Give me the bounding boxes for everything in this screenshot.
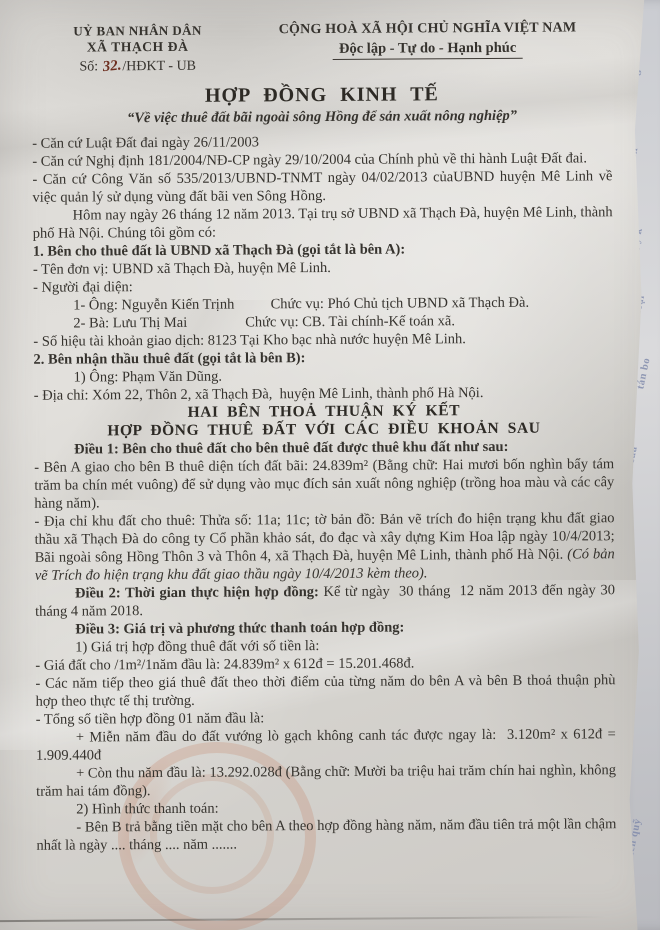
national-title: CỘNG HOÀ XÃ HỘI CHỦ NGHĨA VIỆT NAM <box>243 20 611 38</box>
paragraph: - Bên B trả bằng tiền mặt cho bên A theo… <box>36 815 616 855</box>
text-run: 2. Bên nhận thầu thuê đất (gọi tắt là bê… <box>33 350 305 368</box>
text-run: Điều 2: Thời gian thực hiện hợp đồng: <box>75 584 324 602</box>
text-run: Điều 3: Giá trị và phương thức thanh toá… <box>75 620 404 638</box>
paragraph: Điều 2: Thời gian thực hiện hợp đồng: Kể… <box>35 581 615 621</box>
text-run: - Căn cứ Công Văn số 535/2013/UBND-TNMT … <box>32 168 612 206</box>
photo-background: Hội Chủ ngNguyễn VănĐơn vị ý kkhác loạit… <box>0 0 660 930</box>
text-run: + Còn thu năm đầu là: 13.292.028đ (Bằng … <box>36 762 616 800</box>
text-run: 1- Ông: Nguyễn Kiến Trịnh Chức vụ: Phó C… <box>73 295 529 314</box>
text-run: - Bên B trả bằng tiền mặt cho bên A theo… <box>36 816 616 854</box>
text-run: + Miễn năm đầu do đất vướng lò gạch khôn… <box>36 726 616 764</box>
text-run: - Tổng số tiền hợp đồng 01 năm đầu là: <box>36 710 265 727</box>
text-run: HAI BÊN THOẢ THUẬN KÝ KẾT <box>187 402 460 421</box>
doc-number-handwritten: 32. <box>101 57 123 76</box>
text-run: 1. Bên cho thuê đất là UBND xã Thạch Đà … <box>33 242 405 260</box>
text-run: - Căn cứ Nghị định 181/2004/NĐ-CP ngày 2… <box>32 150 587 169</box>
national-motto-block: CỘNG HOÀ XÃ HỘI CHỦ NGHĨA VIỆT NAM Độc l… <box>243 20 611 60</box>
text-run: 2- Bà: Lưu Thị Mai Chức vụ: CB. Tài chín… <box>73 313 455 331</box>
paragraph: - Địa chỉ khu đất cho thuê: Thửa số: 11a… <box>34 509 614 585</box>
paragraph: HỢP ĐỒNG THUÊ ĐẤT VỚI CÁC ĐIỀU KHOẢN SAU <box>34 419 614 441</box>
paragraph: Hôm nay ngày 26 tháng 12 năm 2013. Tại t… <box>33 203 613 243</box>
document-body: - Căn cứ Luật Đất đai ngày 26/11/2003- C… <box>32 131 616 855</box>
document-title: HỢP ĐỒNG KINH TẾ <box>32 82 612 109</box>
document-number: Số: 32./HĐKT - UB <box>32 57 244 75</box>
paragraph: - Bên A giao cho bên B thuê diện tích đấ… <box>34 455 614 513</box>
text-run: - Tên đơn vị: UBND xã Thạch Đà, huyện Mê… <box>33 260 331 278</box>
text-run: - Căn cứ Luật Đất đai ngày 26/11/2003 <box>32 134 259 151</box>
commune-name: XÃ THẠCH ĐÀ <box>32 38 244 55</box>
text-run: Điều 1: Bên cho thuê đất cho bên thuê đấ… <box>74 439 508 458</box>
text-run: 2) Hình thức thanh toán: <box>76 801 218 818</box>
doc-number-label: Số: <box>79 59 98 74</box>
text-run: - Bên A giao cho bên B thuê diện tích đấ… <box>34 456 614 512</box>
paragraph: + Còn thu năm đầu là: 13.292.028đ (Bằng … <box>36 761 616 801</box>
text-run: - Số hiệu tài khoản giao dịch: 8123 Tại … <box>33 331 466 350</box>
paper-fold-crease <box>0 916 607 922</box>
paragraph: 1- Ông: Nguyễn Kiến Trịnh Chức vụ: Phó C… <box>33 293 613 315</box>
issuing-authority-block: UỶ BAN NHÂN DÂN XÃ THẠCH ĐÀ Số: 32./HĐKT… <box>31 22 243 75</box>
text-run: HỢP ĐỒNG THUÊ ĐẤT VỚI CÁC ĐIỀU KHOẢN SAU <box>107 420 540 440</box>
text-run: - Người đại diện: <box>33 279 133 296</box>
national-motto: Độc lập - Tự do - Hạnh phúc <box>333 40 522 60</box>
text-run: 1) Giá trị hợp đồng thuê đất với số tiền… <box>75 638 319 655</box>
text-run: - Giá đất cho /1m²/1năm đầu là: 24.839m²… <box>35 655 414 673</box>
authority-name: UỶ BAN NHÂN DÂN <box>31 22 243 39</box>
text-run: Hôm nay ngày 26 tháng 12 năm 2013. Tại t… <box>33 204 613 242</box>
document-header: UỶ BAN NHÂN DÂN XÃ THẠCH ĐÀ Số: 32./HĐKT… <box>31 20 611 76</box>
document-page: UỶ BAN NHÂN DÂN XÃ THẠCH ĐÀ Số: 32./HĐKT… <box>0 0 660 930</box>
paragraph: - Căn cứ Công Văn số 535/2013/UBND-TNMT … <box>32 167 612 207</box>
doc-number-suffix: /HĐKT - UB <box>122 59 196 74</box>
document-subtitle: “Về việc thuê đất bãi ngoài sông Hồng để… <box>32 107 612 128</box>
text-run: - Các năm tiếp theo giá thuê đất theo th… <box>35 672 615 710</box>
paragraph: + Miễn năm đầu do đất vướng lò gạch khôn… <box>36 725 616 765</box>
text-run: 1) Ông: Phạm Văn Dũng. <box>74 369 222 386</box>
text-run: - Địa chỉ khu đất cho thuê: Thửa số: 11a… <box>34 510 614 566</box>
text-run: - Địa chỉ: Xóm 22, Thôn 2, xã Thạch Đà, … <box>34 385 484 404</box>
document-content: UỶ BAN NHÂN DÂN XÃ THẠCH ĐÀ Số: 32./HĐKT… <box>31 20 616 855</box>
paragraph: - Các năm tiếp theo giá thuê đất theo th… <box>35 671 615 711</box>
